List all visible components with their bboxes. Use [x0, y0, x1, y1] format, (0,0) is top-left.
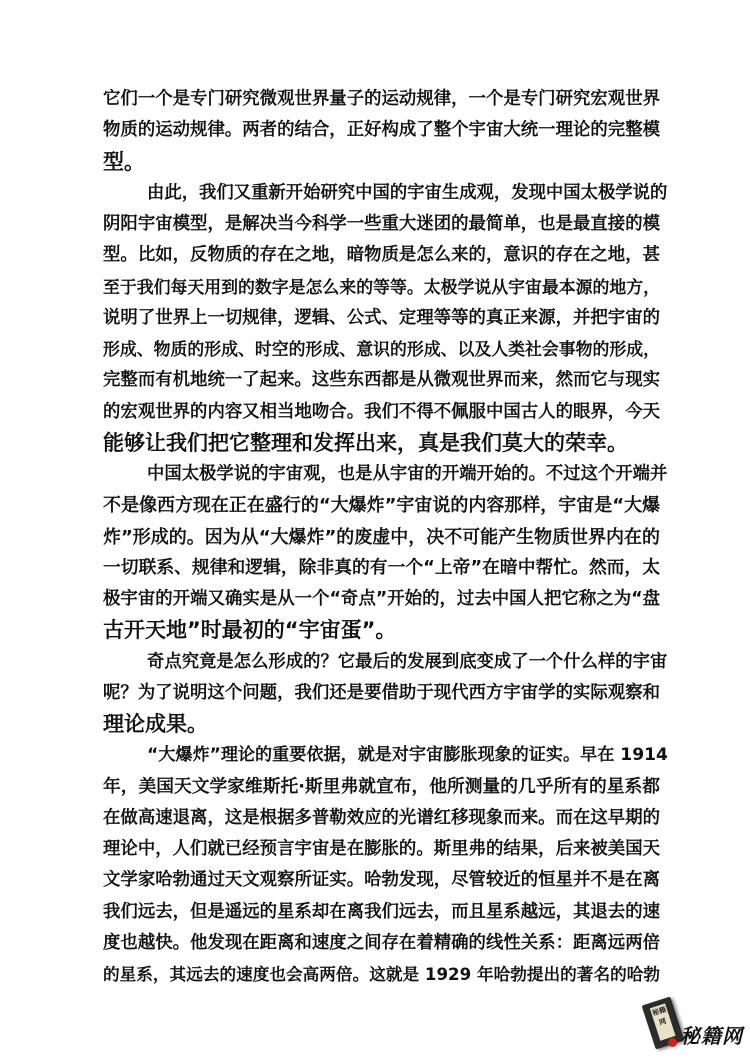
text-line: 由此，我们又重新开始研究中国的宇宙生成观，发现中国太极学说的	[103, 178, 660, 209]
watermark-logo: 秘籍网 秘籍网	[648, 1000, 744, 1054]
book-icon: 秘籍网	[642, 996, 685, 1049]
text-line: 极宇宙的开端又确实是从一个“奇点”开始的，过去中国人把它称之为“盘	[103, 584, 660, 615]
text-line: 我们远去，但是遥远的星系却在离我们远去，而且星系越远，其退去的速	[103, 897, 660, 928]
text-line: 理论中，人们就已经预言宇宙是在膨胀的。斯里弗的结果，后来被美国天	[103, 834, 660, 865]
seal-icon	[668, 1038, 677, 1047]
text-line: “大爆炸”理论的重要依据，就是对宇宙膨胀现象的证实。早在 1914	[103, 740, 660, 771]
text-line: 至于我们每天用到的数字是怎么来的等等。太极学说从宇宙最本源的地方，	[103, 272, 660, 303]
document-body: 它们一个是专门研究微观世界量子的运动规律，一个是专门研究宏观世界物质的运动规律。…	[103, 84, 660, 990]
text-line: 炸”形成的。因为从“大爆炸”的废虚中，决不可能产生物质世界内在的	[103, 522, 660, 553]
text-line: 完整而有机地统一了起来。这些东西都是从微观世界而来，然而它与现实	[103, 365, 660, 396]
text-line: 古开天地”时最初的“宇宙蛋”。	[103, 615, 660, 646]
text-line: 年，美国天文学家维斯托·斯里弗就宣布，他所测量的几乎所有的星系都	[103, 772, 660, 803]
text-line: 的宏观世界的内容又相当地吻合。我们不得不佩服中国古人的眼界，今天	[103, 397, 660, 428]
watermark-text: 秘籍网	[680, 1020, 743, 1049]
text-line: 物质的运动规律。两者的结合，正好构成了整个宇宙大统一理论的完整模	[103, 115, 660, 146]
text-line: 呢？为了说明这个问题，我们还是要借助于现代西方宇宙学的实际观察和	[103, 678, 660, 709]
text-line: 阴阳宇宙模型，是解决当今科学一些重大迷团的最简单，也是最直接的模	[103, 209, 660, 240]
text-line: 奇点究竟是怎么形成的？它最后的发展到底变成了一个什么样的宇宙	[103, 647, 660, 678]
text-line: 一切联系、规律和逻辑，除非真的有一个“上帝”在暗中帮忙。然而，太	[103, 553, 660, 584]
text-line: 它们一个是专门研究微观世界量子的运动规律，一个是专门研究宏观世界	[103, 84, 660, 115]
text-line: 型。	[103, 147, 660, 178]
text-line: 说明了世界上一切规律，逻辑、公式、定理等等的真正来源，并把宇宙的	[103, 303, 660, 334]
book-label: 秘籍网	[650, 1003, 676, 1040]
text-line: 在做高速退离，这是根据多普勒效应的光谱红移现象而来。而在这早期的	[103, 803, 660, 834]
page-number: 2	[0, 967, 750, 983]
text-line: 中国太极学说的宇宙观，也是从宇宙的开端开始的。不过这个开端并	[103, 459, 660, 490]
text-line: 能够让我们把它整理和发挥出来，真是我们莫大的荣幸。	[103, 428, 660, 459]
text-line: 不是像西方现在正在盛行的“大爆炸”宇宙说的内容那样，宇宙是“大爆	[103, 490, 660, 521]
text-line: 型。比如，反物质的存在之地，暗物质是怎么来的，意识的存在之地，甚	[103, 240, 660, 271]
text-line: 文学家哈勃通过天文观察所证实。哈勃发现，尽管较近的恒星并不是在离	[103, 865, 660, 896]
text-line: 理论成果。	[103, 709, 660, 740]
text-line: 形成、物质的形成、时空的形成、意识的形成、以及人类社会事物的形成，	[103, 334, 660, 365]
text-line: 度也越快。他发现在距离和速度之间存在着精确的线性关系：距离远两倍	[103, 928, 660, 959]
